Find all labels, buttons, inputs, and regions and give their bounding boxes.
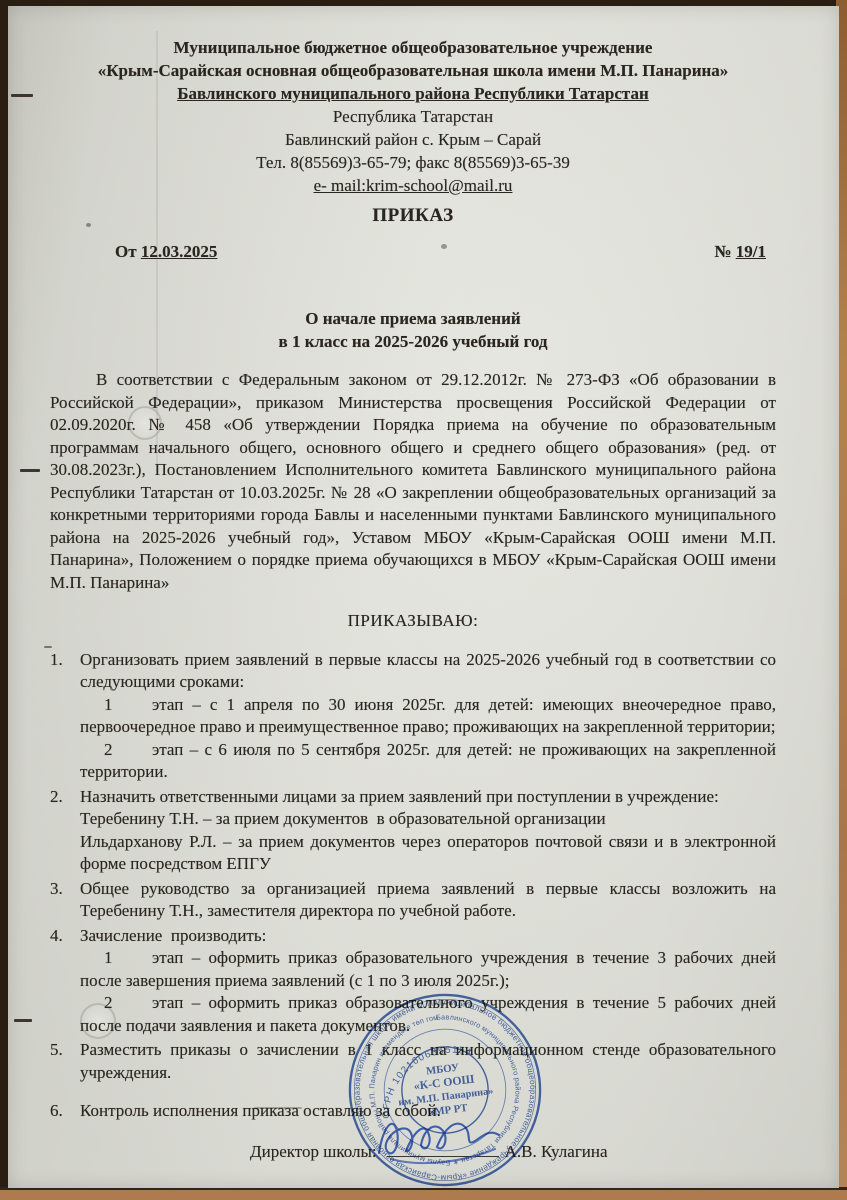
date-value: 12.03.2025: [141, 242, 218, 261]
item-number: 3.: [50, 878, 80, 923]
resolution-word: ПРИКАЗЫВАЮ:: [50, 610, 776, 633]
item-subitem: 2этап – с 6 июля по 5 сентября 2025г. дл…: [80, 739, 776, 784]
letterhead: Муниципальное бюджетное общеобразователь…: [50, 36, 776, 197]
org-region: Республика Татарстан: [50, 105, 776, 128]
item-number: 6.: [50, 1100, 80, 1123]
subitem-number: 2: [80, 739, 152, 762]
date-label: От: [115, 242, 137, 261]
order-number: № 19/1: [714, 241, 766, 264]
order-title-line1: О начале приема заявлений: [50, 307, 776, 330]
item-text: Назначить ответственными лицами за прием…: [80, 786, 776, 809]
item-subline: Теребенину Т.Н. – за прием документов в …: [80, 808, 776, 831]
subitem-number: 1: [80, 947, 152, 970]
subitem-number: 2: [80, 992, 152, 1015]
subitem-text: этап – с 1 апреля по 30 июня 2025г. для …: [80, 695, 780, 737]
order-title-line2: в 1 класс на 2025-2026 учебный год: [50, 330, 776, 353]
order-title: О начале приема заявлений в 1 класс на 2…: [50, 307, 776, 353]
org-phone: Тел. 8(85569)3-65-79; факс 8(85569)3-65-…: [50, 151, 776, 174]
item-number: 1.: [50, 649, 80, 784]
number-label: №: [714, 242, 731, 261]
item-number: 5.: [50, 1039, 80, 1084]
subitem-text: этап – с 6 июля по 5 сентября 2025г. для…: [80, 740, 780, 782]
item-subitem: 1этап – оформить приказ образовательного…: [80, 947, 776, 992]
org-name-line3: Бавлинского муниципального района Респуб…: [50, 82, 776, 105]
school-round-stamp: Муниципальное бюджетное общеобразователь…: [336, 981, 554, 1199]
org-name-line2: «Крым-Сарайская основная общеобразовател…: [50, 59, 776, 82]
item-number: 4.: [50, 925, 80, 1038]
item-subitem: 1этап – с 1 апреля по 30 июня 2025г. для…: [80, 694, 776, 739]
order-item-3: 3. Общее руководство за организацией при…: [50, 878, 776, 923]
stamp-center-line4: БМР РТ: [427, 1102, 469, 1119]
doc-type-heading: ПРИКАЗ: [50, 205, 776, 228]
subitem-number: 1: [80, 694, 152, 717]
item-number: 2.: [50, 786, 80, 876]
subitem-text: этап – оформить приказ образовательного …: [80, 948, 780, 990]
org-email: e- mail:krim-school@mail.ru: [50, 174, 776, 197]
scanned-document-photo: Муниципальное бюджетное общеобразователь…: [0, 0, 847, 1200]
preamble-paragraph: В соответствии с Федеральным законом от …: [50, 369, 776, 594]
number-value: 19/1: [736, 242, 766, 261]
item-subline: Ильдарханову Р.Л. – за прием документов …: [80, 831, 776, 876]
order-item-1: 1. Организовать прием заявлений в первые…: [50, 649, 776, 784]
item-text: Зачисление производить:: [80, 925, 776, 948]
org-name-line1: Муниципальное бюджетное общеобразователь…: [50, 36, 776, 59]
date-number-row: От 12.03.2025 № 19/1: [50, 241, 776, 264]
order-item-2: 2. Назначить ответственными лицами за пр…: [50, 786, 776, 876]
org-location: Бавлинский район с. Крым – Сарай: [50, 128, 776, 151]
item-text: Общее руководство за организацией приема…: [80, 878, 776, 923]
order-date: От 12.03.2025: [50, 241, 217, 264]
item-text: Организовать прием заявлений в первые кл…: [80, 649, 776, 694]
